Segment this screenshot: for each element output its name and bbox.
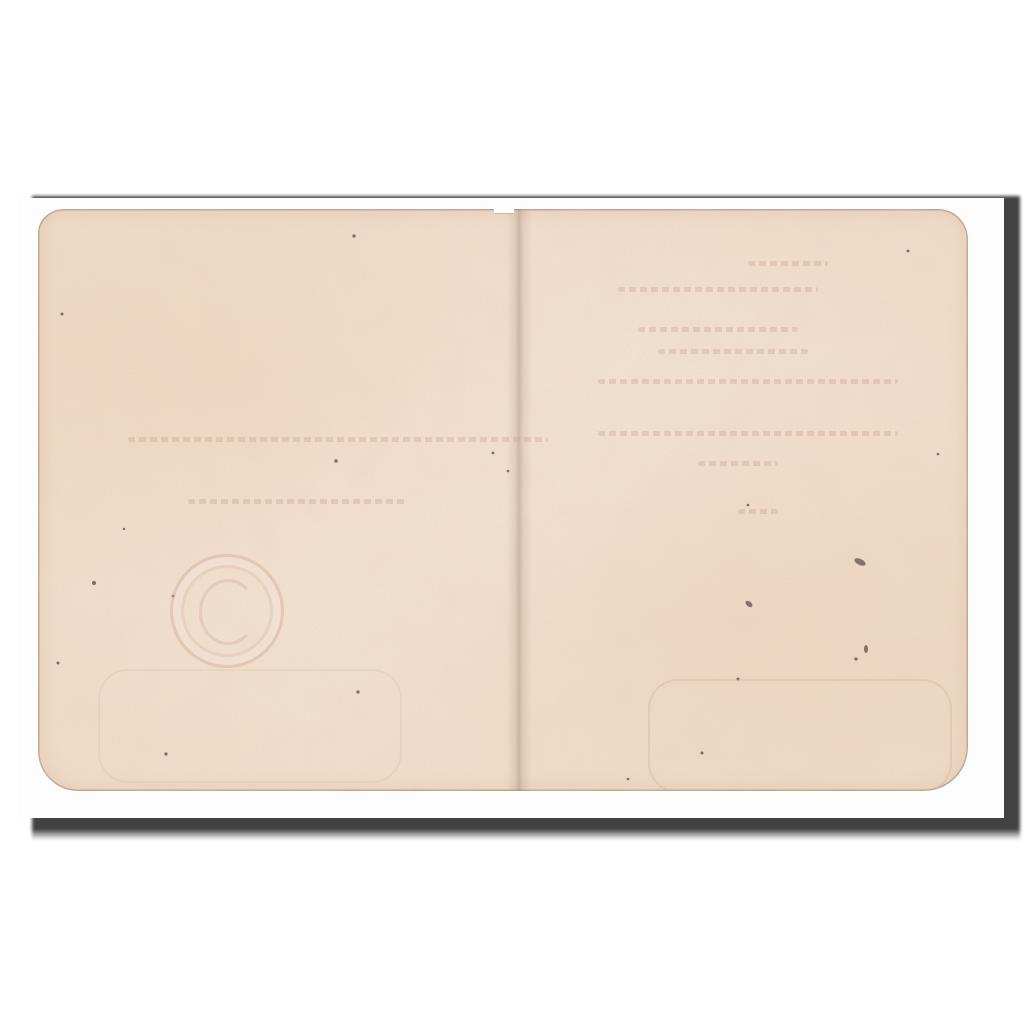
show-through-text	[128, 437, 548, 442]
show-through-text	[188, 499, 408, 504]
seal-inner-ring	[199, 579, 257, 645]
show-through-border	[648, 679, 952, 791]
show-through-text	[598, 431, 898, 436]
show-through-text	[618, 287, 818, 292]
paper-note	[38, 209, 968, 791]
fold-line	[506, 209, 532, 791]
embossed-seal	[170, 554, 284, 668]
show-through-border	[98, 669, 402, 783]
show-through-text	[658, 349, 808, 354]
show-through-text	[748, 261, 828, 266]
show-through-text	[738, 509, 778, 514]
show-through-text	[638, 327, 798, 332]
photo-stage	[0, 0, 1024, 1024]
fold-notch	[494, 209, 514, 214]
show-through-text	[598, 379, 898, 384]
show-through-text	[698, 461, 778, 466]
